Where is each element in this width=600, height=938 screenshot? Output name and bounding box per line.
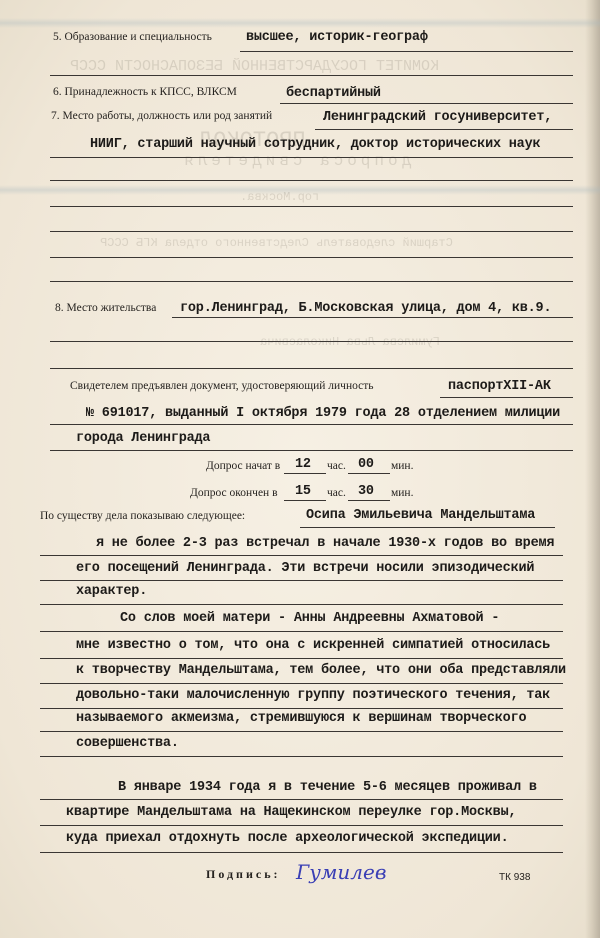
form-rule — [284, 500, 326, 501]
testimony-line: квартире Мандельштама на Нащекинском пер… — [66, 805, 516, 820]
field-label-residence: 8. Место жительства — [55, 302, 156, 314]
end-hours-label: час. — [327, 487, 346, 499]
field-value-party: беспартийный — [286, 86, 381, 101]
form-rule — [348, 500, 390, 501]
field-label-education: 5. Образование и специальность — [53, 31, 212, 43]
form-rule — [50, 424, 573, 425]
start-minutes-label: мин. — [391, 460, 413, 472]
form-rule — [50, 157, 573, 158]
document-value-line2: № 691017, выданный I октября 1979 года 2… — [86, 406, 560, 421]
bleed-through-text: Старший следователь Следственного отдела… — [100, 236, 453, 250]
testimony-line: Со слов моей матери - Анны Андреевны Ахм… — [120, 611, 499, 626]
document-value-line3: города Ленинграда — [76, 431, 210, 446]
form-rule — [40, 631, 563, 632]
form-rule — [50, 180, 573, 181]
form-rule — [40, 658, 563, 659]
testimony-line: довольно-таки малочисленную группу поэти… — [76, 688, 550, 703]
signature-label: Подпись: — [206, 867, 281, 882]
document-value-line1: паспортXII-АК — [448, 379, 551, 394]
field-value-residence: гор.Ленинград, Б.Московская улица, дом 4… — [180, 301, 551, 316]
scan-band — [0, 18, 600, 28]
form-rule — [348, 473, 390, 474]
field-value-education: высшее, историк-географ — [246, 30, 428, 45]
form-rule — [440, 397, 573, 398]
end-minutes-label: мин. — [391, 487, 413, 499]
form-rule — [40, 756, 563, 757]
testimony-line: я не более 2-3 раз встречал в начале 193… — [96, 536, 554, 551]
form-rule — [40, 708, 563, 709]
start-minutes: 00 — [358, 457, 374, 472]
start-hours-label: час. — [327, 460, 346, 472]
field-value-workplace-line2: НИИГ, старший научный сотрудник, доктор … — [90, 137, 540, 152]
form-rule — [284, 473, 326, 474]
form-code: ТК 938 — [499, 872, 530, 883]
form-rule — [40, 731, 563, 732]
testimony-label: По существу дела показываю следующее: — [40, 510, 245, 522]
document-label: Свидетелем предъявлен документ, удостове… — [70, 380, 374, 392]
testimony-line: его посещений Ленинграда. Эти встречи но… — [76, 561, 534, 576]
signature: Гумилев — [296, 860, 387, 884]
bleed-through-text: гор.Москва. — [240, 190, 319, 204]
testimony-line: совершенства. — [76, 736, 179, 751]
form-rule — [50, 206, 573, 207]
field-label-party: 6. Принадлежность к КПСС, ВЛКСМ — [53, 86, 237, 98]
form-rule — [50, 368, 573, 369]
start-hours: 12 — [295, 457, 311, 472]
form-rule — [40, 799, 563, 800]
bleed-through-text: Гумилева Льва Николаевича — [260, 335, 440, 349]
end-hours: 15 — [295, 484, 311, 499]
field-label-workplace: 7. Место работы, должность или род занят… — [51, 110, 272, 122]
testimony-line: В январе 1934 года я в течение 5-6 месяц… — [118, 780, 537, 795]
form-rule — [40, 555, 563, 556]
testimony-line: называемого акмеизма, стремившуюся к вер… — [76, 711, 526, 726]
bleed-through-text: КОМИТЕТ ГОСУДАРСТВЕННОЙ БЕЗОПАСНОСТИ ССС… — [70, 58, 439, 75]
form-rule — [172, 317, 573, 318]
form-rule — [50, 450, 573, 451]
form-rule — [40, 580, 563, 581]
form-rule — [240, 51, 573, 52]
end-minutes: 30 — [358, 484, 374, 499]
form-rule — [40, 683, 563, 684]
form-rule — [300, 527, 555, 528]
form-rule — [50, 341, 573, 342]
testimony-line: куда приехал отдохнуть после археологиче… — [66, 831, 508, 846]
form-rule — [40, 852, 563, 853]
form-rule — [40, 604, 563, 605]
bleed-through-text: допроса свидетеля — [180, 152, 411, 170]
form-rule — [315, 129, 573, 130]
form-rule — [50, 75, 573, 76]
testimony-line: к творчеству Мандельштама, тем более, чт… — [76, 663, 566, 678]
testimony-line: характер. — [76, 584, 147, 599]
form-rule — [280, 103, 573, 104]
form-rule — [50, 281, 573, 282]
start-label: Допрос начат в — [206, 460, 280, 472]
form-rule — [50, 257, 573, 258]
form-rule — [40, 825, 563, 826]
field-value-workplace-line1: Ленинградский госуниверситет, — [323, 110, 552, 125]
end-label: Допрос окончен в — [190, 487, 278, 499]
testimony-line: Осипа Эмильевича Мандельштама — [306, 508, 535, 523]
testimony-line: мне известно о том, что она с искренней … — [76, 638, 550, 653]
form-rule — [50, 231, 573, 232]
